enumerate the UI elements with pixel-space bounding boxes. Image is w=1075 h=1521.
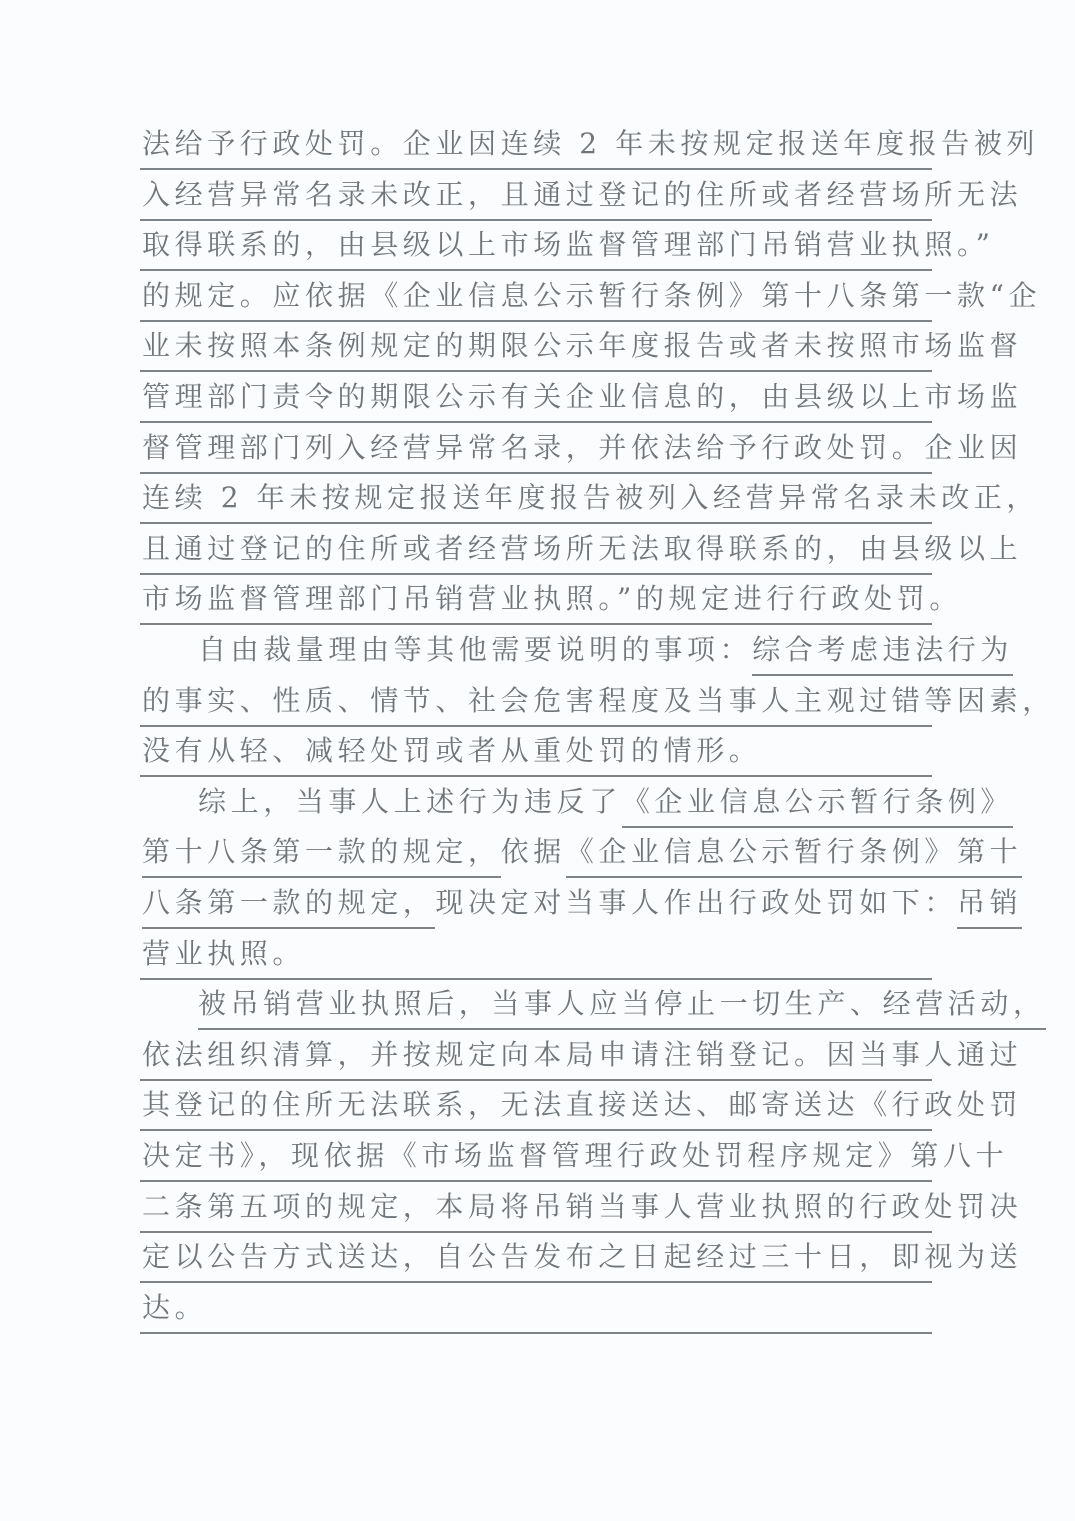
line-content: 取得联系的，由县级以上市场监督管理部门吊销营业执照。” [142, 228, 995, 261]
underlined-text: 的事实、性质、情节、社会危害程度及当事人主观过错等因素， [142, 681, 1055, 725]
underlined-text: 没有从轻、减轻处罚或者从重处罚的情形。 [142, 731, 761, 775]
underlined-text: 管理部门责令的期限公示有关企业信息的，由县级以上市场监 [142, 377, 1022, 421]
line-content: 法给予行政处罚。企业因连续 2 年未按规定报送年度报告被列 [142, 127, 1039, 160]
text-line: 定以公告方式送达，自公告发布之日起经过三十日，即视为送 [142, 1237, 930, 1288]
text-line: 连续 2 年未按规定报送年度报告被列入经营异常名录未改正， [142, 478, 930, 529]
text-line: 依法组织清算，并按规定向本局申请注销登记。因当事人通过 [142, 1035, 930, 1086]
underlined-text: 业未按照本条例规定的期限公示年度报告或者未按照市场监督 [142, 326, 1022, 370]
underlined-text: 的规定。应依据《企业信息公示暂行条例》第十八条第一款“企 [142, 276, 1041, 320]
text-line: 市场监督管理部门吊销营业执照。”的规定进行行政处罚。 [142, 579, 930, 630]
document-page: 法给予行政处罚。企业因连续 2 年未按规定报送年度报告被列入经营异常名录未改正，… [0, 0, 1075, 1521]
text-line: 管理部门责令的期限公示有关企业信息的，由县级以上市场监 [142, 377, 930, 428]
line-content: 第十八条第一款的规定，依据《企业信息公示暂行条例》第十 [142, 835, 1022, 868]
line-content: 督管理部门列入经营异常名录，并依法给予行政处罚。企业因 [142, 431, 1022, 464]
underlined-text: 吊销 [957, 883, 1022, 929]
underlined-text: 入经营异常名录未改正，且通过登记的住所或者经营场所无法 [142, 175, 1022, 219]
text-line: 业未按照本条例规定的期限公示年度报告或者未按照市场监督 [142, 326, 930, 377]
line-content: 营业执照。 [142, 937, 305, 970]
line-content: 依法组织清算，并按规定向本局申请注销登记。因当事人通过 [142, 1038, 1022, 1071]
text-line: 八条第一款的规定，现决定对当事人作出行政处罚如下：吊销 [142, 883, 930, 934]
line-content: 市场监督管理部门吊销营业执照。”的规定进行行政处罚。 [142, 582, 962, 615]
text-line: 综上，当事人上述行为违反了《企业信息公示暂行条例》 [142, 782, 930, 833]
line-content: 其登记的住所无法联系，无法直接送达、邮寄送达《行政处罚 [142, 1088, 1022, 1121]
line-content: 决定书》，现依据《市场监督管理行政处罚程序规定》第八十 [142, 1139, 1008, 1172]
line-content: 的规定。应依据《企业信息公示暂行条例》第十八条第一款“企 [142, 279, 1041, 312]
underlined-text: 第十八条第一款的规定， [142, 832, 501, 878]
text-line: 没有从轻、减轻处罚或者从重处罚的情形。 [142, 731, 930, 782]
text-line: 且通过登记的住所或者经营场所无法取得联系的，由县级以上 [142, 529, 930, 580]
text-line: 自由裁量理由等其他需要说明的事项：综合考虑违法行为 [142, 630, 930, 681]
line-content: 连续 2 年未按规定报送年度报告被列入经营异常名录未改正， [142, 481, 1039, 514]
plain-text: 综上，当事人上述行为违反了 [198, 782, 622, 826]
line-content: 被吊销营业执照后，当事人应当停止一切生产、经营活动， [142, 987, 1046, 1020]
text-line: 第十八条第一款的规定，依据《企业信息公示暂行条例》第十 [142, 832, 930, 883]
underlined-text: 《企业信息公示暂行条例》第十 [566, 832, 1022, 878]
text-line: 二条第五项的规定，本局将吊销当事人营业执照的行政处罚决 [142, 1187, 930, 1238]
line-content: 达。 [142, 1291, 207, 1324]
text-line: 其登记的住所无法联系，无法直接送达、邮寄送达《行政处罚 [142, 1085, 930, 1136]
underlined-text: 连续 2 年未按规定报送年度报告被列入经营异常名录未改正， [142, 478, 1039, 522]
underlined-text: 营业执照。 [142, 934, 305, 978]
underlined-text: 决定书》，现依据《市场监督管理行政处罚程序规定》第八十 [142, 1136, 1008, 1180]
line-content: 且通过登记的住所或者经营场所无法取得联系的，由县级以上 [142, 532, 1022, 565]
underlined-text: 法给予行政处罚。企业因连续 2 年未按规定报送年度报告被列 [142, 124, 1039, 168]
underlined-text: 其登记的住所无法联系，无法直接送达、邮寄送达《行政处罚 [142, 1085, 1022, 1129]
text-line: 被吊销营业执照后，当事人应当停止一切生产、经营活动， [142, 984, 930, 1035]
text-line: 入经营异常名录未改正，且通过登记的住所或者经营场所无法 [142, 175, 930, 226]
line-content: 没有从轻、减轻处罚或者从重处罚的情形。 [142, 734, 761, 767]
text-line: 的规定。应依据《企业信息公示暂行条例》第十八条第一款“企 [142, 276, 930, 327]
text-line: 督管理部门列入经营异常名录，并依法给予行政处罚。企业因 [142, 428, 930, 479]
text-line: 的事实、性质、情节、社会危害程度及当事人主观过错等因素， [142, 681, 930, 732]
underlined-text: 取得联系的，由县级以上市场监督管理部门吊销营业执照。” [142, 225, 995, 269]
text-line: 达。 [142, 1288, 930, 1339]
line-content: 业未按照本条例规定的期限公示年度报告或者未按照市场监督 [142, 329, 1022, 362]
line-content: 综上，当事人上述行为违反了《企业信息公示暂行条例》 [142, 785, 1013, 818]
line-content: 二条第五项的规定，本局将吊销当事人营业执照的行政处罚决 [142, 1190, 1022, 1223]
text-line: 决定书》，现依据《市场监督管理行政处罚程序规定》第八十 [142, 1136, 930, 1187]
line-content: 入经营异常名录未改正，且通过登记的住所或者经营场所无法 [142, 178, 1022, 211]
underlined-text: 综合考虑违法行为 [752, 630, 1013, 676]
underlined-text: 达。 [142, 1288, 207, 1332]
underlined-text: 二条第五项的规定，本局将吊销当事人营业执照的行政处罚决 [142, 1187, 1022, 1231]
text-line: 营业执照。 [142, 934, 930, 985]
plain-text: 自由裁量理由等其他需要说明的事项： [198, 630, 752, 674]
underlined-text: 督管理部门列入经营异常名录，并依法给予行政处罚。企业因 [142, 428, 1022, 472]
plain-text: 依据 [501, 832, 566, 876]
underlined-text: 《企业信息公示暂行条例》 [622, 782, 1013, 828]
text-line: 取得联系的，由县级以上市场监督管理部门吊销营业执照。” [142, 225, 930, 276]
line-content: 的事实、性质、情节、社会危害程度及当事人主观过错等因素， [142, 684, 1055, 717]
line-content: 八条第一款的规定，现决定对当事人作出行政处罚如下：吊销 [142, 886, 1022, 919]
plain-text: 现决定对当事人作出行政处罚如下： [435, 883, 957, 927]
line-content: 定以公告方式送达，自公告发布之日起经过三十日，即视为送 [142, 1240, 1022, 1273]
text-line: 法给予行政处罚。企业因连续 2 年未按规定报送年度报告被列 [142, 124, 930, 175]
line-content: 自由裁量理由等其他需要说明的事项：综合考虑违法行为 [142, 633, 1013, 666]
underlined-text: 八条第一款的规定， [142, 883, 435, 929]
line-content: 管理部门责令的期限公示有关企业信息的，由县级以上市场监 [142, 380, 1022, 413]
underlined-text: 定以公告方式送达，自公告发布之日起经过三十日，即视为送 [142, 1237, 1022, 1281]
underlined-text: 市场监督管理部门吊销营业执照。”的规定进行行政处罚。 [142, 579, 962, 623]
underlined-text: 依法组织清算，并按规定向本局申请注销登记。因当事人通过 [142, 1035, 1022, 1079]
underlined-text: 且通过登记的住所或者经营场所无法取得联系的，由县级以上 [142, 529, 1022, 573]
underlined-text: 被吊销营业执照后，当事人应当停止一切生产、经营活动， [198, 984, 1046, 1030]
